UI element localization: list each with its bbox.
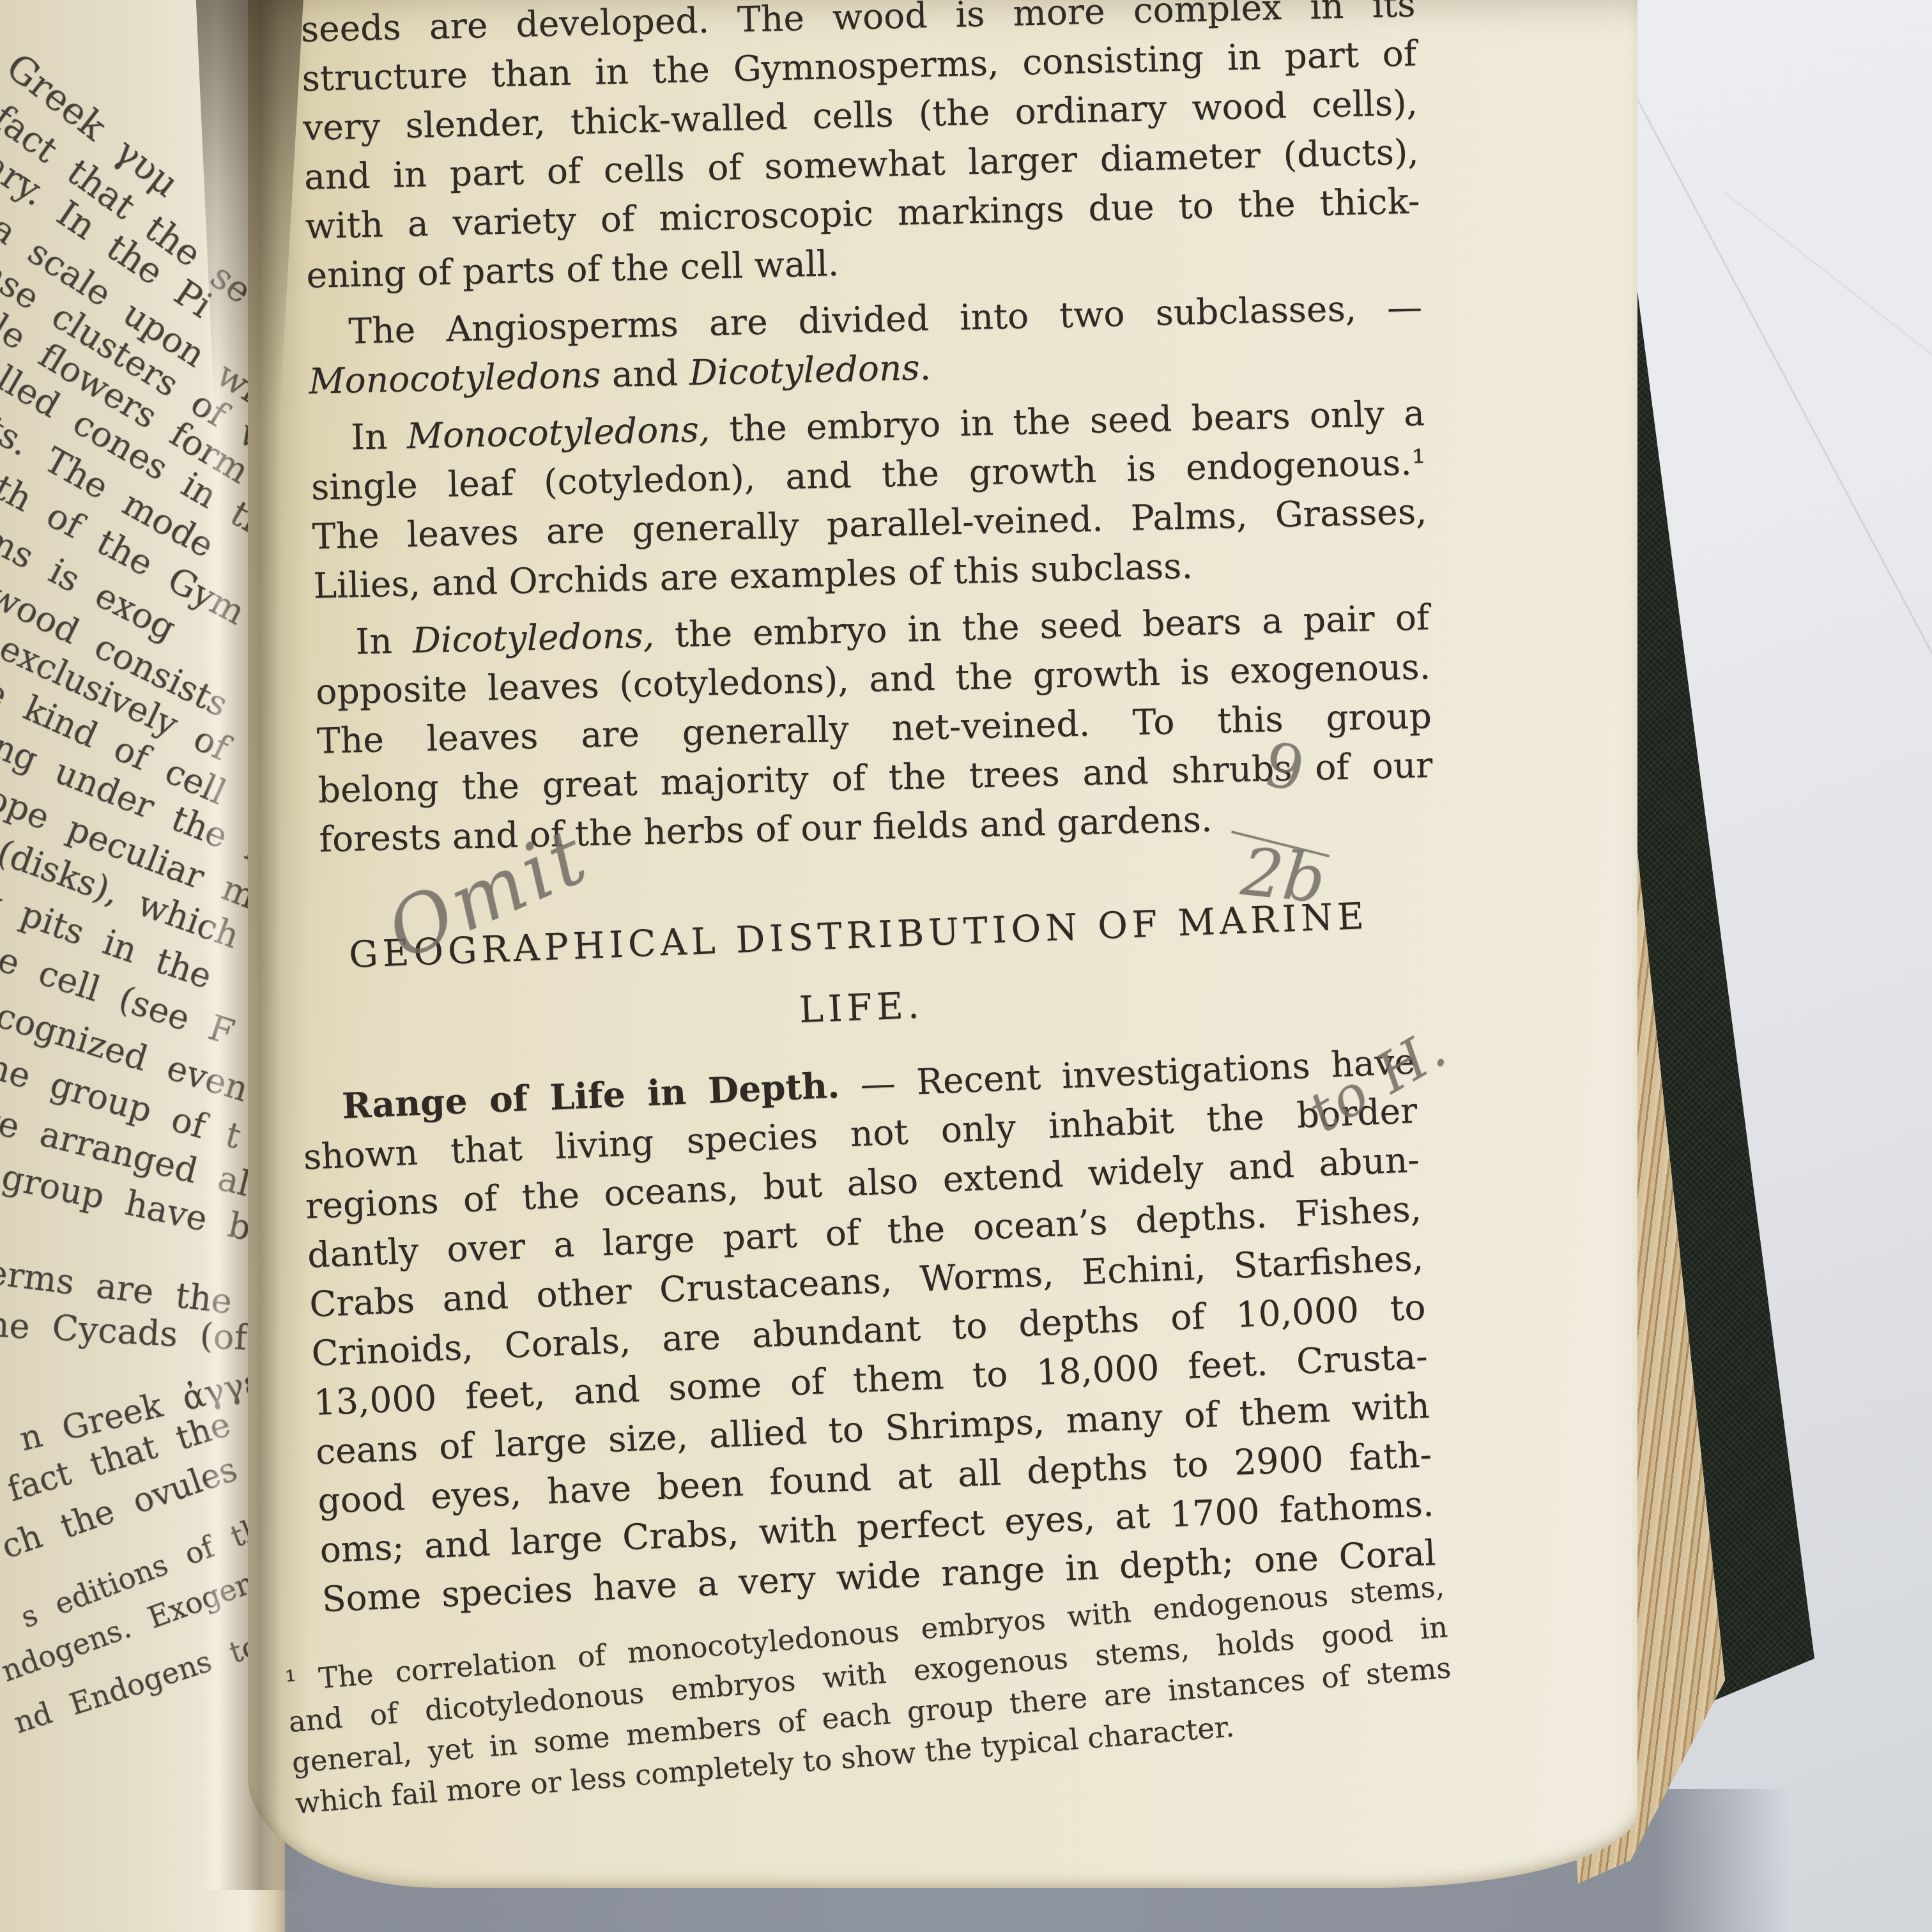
pencil-fraction-denominator: 2b bbox=[1238, 834, 1329, 919]
left-page-curled: om Greek γυμ he fact that the se ovary. … bbox=[0, 0, 285, 1932]
text-segment: Dicotyledons, bbox=[412, 615, 655, 661]
text-segment: Monocotyledons bbox=[309, 354, 602, 401]
paragraph-dicotyledons: In Dicotyledons, the embryo in the seed … bbox=[314, 593, 1434, 864]
paragraph-monocotyledons: In Monocotyledons, the embryo in the see… bbox=[310, 388, 1429, 611]
paragraph-range-of-life: Range of Life in Depth. — Recent investi… bbox=[300, 1036, 1437, 1624]
text-segment: ening of parts of the cell wall. bbox=[306, 243, 839, 296]
text-segment: . bbox=[919, 347, 931, 388]
text-segment: Monocotyledons, bbox=[406, 409, 710, 457]
paragraph-wood-structure: seeds are developed. The wood is more co… bbox=[300, 0, 1422, 300]
text-segment: In bbox=[351, 415, 408, 457]
paragraph-angiosperm-subclasses: The Angiosperms are divided into two sub… bbox=[307, 282, 1424, 406]
page-body-lower: Range of Life in Depth. — Recent investi… bbox=[300, 1036, 1437, 1632]
text-segment: In bbox=[355, 620, 413, 662]
text-segment: Dicotyledons bbox=[689, 347, 920, 393]
book-photo: om Greek γυμ he fact that the se ovary. … bbox=[0, 0, 1932, 1932]
backdrop-crease bbox=[1724, 192, 1932, 547]
text-segment: and bbox=[601, 352, 690, 395]
page-body-upper: seeds are developed. The wood is more co… bbox=[300, 0, 1434, 872]
